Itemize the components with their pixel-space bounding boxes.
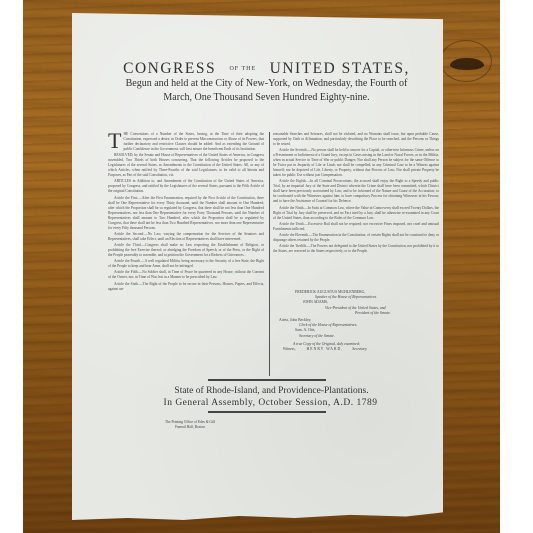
subtitle-line-1: Begun and held at the City of New-York, … [0, 78, 533, 89]
article-ninth: Article the Ninth.—In Suits at Common La… [273, 206, 439, 221]
assembly-line: In General Assembly, October Session, A.… [0, 398, 533, 408]
article-fourth: Article the Fourth.—A well regulated Mil… [108, 259, 264, 269]
article-eleventh: Article the Eleventh.—The Enumeration in… [273, 233, 439, 243]
article-second: Article the Second.—No Law, varying the … [108, 232, 264, 242]
article-fifth: Article the Fifth.—No Soldier shall, in … [108, 270, 264, 280]
article-tenth: Article the Tenth.—Excessive Bail shall … [273, 222, 439, 232]
witness-label: Witness, [283, 347, 296, 351]
attest-otis-title: Secretary of the Senate. [299, 334, 465, 339]
witness-name: HENRY WARD, [307, 347, 344, 351]
article-seventh: Article the Seventh.—No person shall be … [273, 148, 439, 178]
column-divider [269, 132, 270, 376]
printer-imprint: The Printing Office of Edes & Gill Faneu… [150, 420, 230, 430]
left-text-column: THE Conventions of a Number of the State… [108, 132, 264, 376]
witness-title: Secretary. [352, 347, 367, 351]
vp-title-2: President of the Senate. [355, 311, 521, 316]
witness-line: Witness, HENRY WARD, Secretary. [283, 347, 449, 352]
article-third: Article the Third.—Congress shall make n… [108, 243, 264, 258]
bottom-rule [208, 411, 326, 413]
title-of-the: OF THE [229, 66, 256, 72]
article-sixth-cont: reasonable Searches and Seizures, shall … [273, 132, 439, 147]
right-text-column: reasonable Searches and Seizures, shall … [273, 132, 439, 292]
signature-block: FREDERICK AUGUSTUS MUHLENBERG, Speaker o… [273, 290, 439, 352]
articles-intro-paragraph: ARTICLES in Addition to, and Amendment o… [108, 179, 264, 194]
article-eighth: Article the Eighth.—In all Criminal Pros… [273, 179, 439, 204]
subtitle-line-2: March, One Thousand Seven Hundred Eighty… [0, 92, 533, 103]
article-twelfth: Article the Twelfth.—The Powers not dele… [273, 244, 439, 254]
state-line: State of Rhode-Island, and Providence-Pl… [0, 386, 533, 396]
preamble-paragraph: THE Conventions of a Number of the State… [108, 132, 264, 152]
title-united-states: UNITED STATES, [270, 60, 410, 77]
resolved-paragraph: RESOLVED, by the Senate and House of Rep… [108, 153, 264, 178]
article-sixth: Article the Sixth.—The Right of the Peop… [108, 282, 264, 292]
title-congress: CONGRESS [123, 60, 216, 77]
top-rule [208, 379, 326, 381]
article-first: Article the First.—After the First Enume… [108, 196, 264, 231]
document-title: CONGRESS OF THE UNITED STATES, [0, 60, 533, 78]
drop-cap: T [108, 132, 121, 150]
printer-line-2: Faneuil Hall, Boston [150, 425, 230, 430]
